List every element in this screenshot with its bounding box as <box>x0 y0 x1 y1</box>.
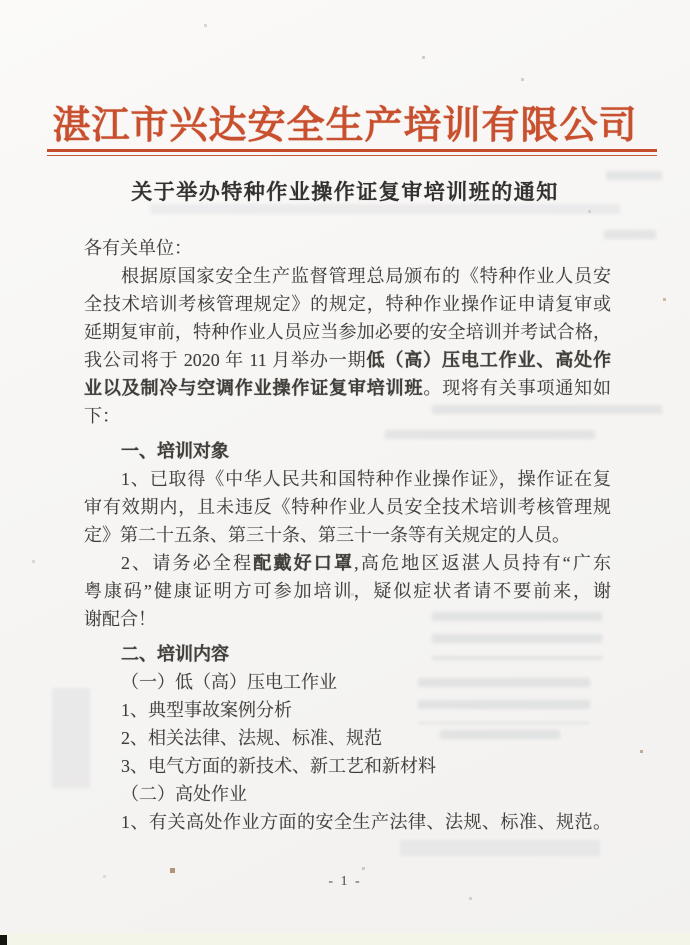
bleedthrough-ghost <box>400 840 600 856</box>
body-text: 各有关单位： <box>84 238 192 258</box>
body-line: 2、请务必全程配戴好口罩,高危地区返湛人员持有“广东 <box>84 549 611 577</box>
body-line: 业以及制冷与空调作业操作证复审培训班。现将有关事项通知如 <box>84 374 611 402</box>
body-text-bold: 二、培训内容 <box>121 644 229 664</box>
company-title: 湛江市兴达安全生产培训有限公司 <box>0 94 690 149</box>
bleedthrough-ghost <box>385 430 595 444</box>
body-line: 延期复审前，特种作业人员应当参加必要的安全培训并考试合格， <box>84 318 611 346</box>
body-text: 审有效期内，且未违反《特种作业人员安全技术培训考核管理规 <box>84 497 611 517</box>
bleedthrough-ghost <box>432 405 662 417</box>
scan-corner-mark <box>0 935 7 945</box>
body-text: 2、相关法律、法规、标准、规范 <box>121 728 382 748</box>
body-text: ,高危地区返湛人员持有“广东 <box>354 553 611 573</box>
bleedthrough-ghost <box>432 612 602 660</box>
body-line: 1、已取得《中华人民共和国特种作业操作证》，操作证在复 <box>84 465 611 493</box>
page-number: - 1 - <box>0 874 690 890</box>
body-line: （二）高处作业 <box>84 780 611 808</box>
body-text: 根据原国家安全生产监督管理总局颁布的《特种作业人员安 <box>121 266 611 286</box>
body-line: 全技术培训考核管理规定》的规定，特种作业操作证申请复审或 <box>84 290 611 318</box>
body-line: 定》第二十五条、第三十条、第三十一条等有关规定的人员。 <box>84 521 611 549</box>
body-line: 粤康码”健康证明方可参加培训，疑似症状者请不要前来，谢 <box>84 577 611 605</box>
body-text: 下： <box>84 406 120 426</box>
body-text: 1、已取得《中华人民共和国特种作业操作证》，操作证在复 <box>121 469 611 489</box>
body-text: 3、电气方面的新技术、新工艺和新材料 <box>121 756 436 776</box>
bleedthrough-ghost <box>440 730 560 744</box>
body-text: 全技术培训考核管理规定》的规定，特种作业操作证申请复审或 <box>84 294 611 314</box>
bleedthrough-ghost <box>150 204 620 214</box>
bleedthrough-ghost <box>604 230 656 248</box>
body-text: 2、请务必全程 <box>121 553 253 573</box>
body-text-bold: 业以及制冷与空调作业操作证复审培训班 <box>84 378 423 398</box>
body-line: 各有关单位： <box>84 234 611 262</box>
scanned-document-page: 湛江市兴达安全生产培训有限公司 关于举办特种作业操作证复审培训班的通知 各有关单… <box>0 0 690 945</box>
body-text: 我公司将于 2020 年 11 月举办一期 <box>84 350 366 370</box>
bleedthrough-ghost <box>418 678 590 724</box>
body-line: 审有效期内，且未违反《特种作业人员安全技术培训考核管理规 <box>84 493 611 521</box>
bleedthrough-ghost <box>52 688 90 788</box>
body-text: （一）低（高）压电工作业 <box>121 672 337 692</box>
body-text: 1、有关高处作业方面的安全生产法律、法规、标准、规范。 <box>121 812 611 832</box>
body-line: 根据原国家安全生产监督管理总局颁布的《特种作业人员安 <box>84 262 611 290</box>
scan-bottom-strip <box>0 933 690 945</box>
body-line: 我公司将于 2020 年 11 月举办一期低（高）压电工作业、高处作 <box>84 346 611 374</box>
body-text: 。现将有关事项通知如 <box>423 378 611 398</box>
dust-specks <box>0 0 1 1</box>
body-text: （二）高处作业 <box>121 784 247 804</box>
body-text-bold: 配戴好口罩 <box>253 553 354 573</box>
doc-body: 各有关单位：根据原国家安全生产监督管理总局颁布的《特种作业人员安全技术培训考核管… <box>84 234 611 836</box>
title-underline-thin <box>47 155 657 156</box>
bleedthrough-ghost <box>606 171 662 191</box>
body-text-bold: 低（高）压电工作业、高处作 <box>366 350 611 370</box>
body-text-bold: 一、培训对象 <box>121 441 229 461</box>
body-text: 1、典型事故案例分析 <box>121 700 292 720</box>
body-text: 延期复审前，特种作业人员应当参加必要的安全培训并考试合格， <box>84 322 611 342</box>
body-text: 定》第二十五条、第三十条、第三十一条等有关规定的人员。 <box>84 525 570 545</box>
notice-title: 关于举办特种作业操作证复审培训班的通知 <box>0 176 690 206</box>
body-text: 粤康码”健康证明方可参加培训，疑似症状者请不要前来，谢 <box>84 581 611 601</box>
body-line: 1、有关高处作业方面的安全生产法律、法规、标准、规范。 <box>84 808 611 836</box>
body-line: 3、电气方面的新技术、新工艺和新材料 <box>84 752 611 780</box>
body-text: 谢配合！ <box>84 609 156 629</box>
title-underline-thick <box>47 149 657 152</box>
